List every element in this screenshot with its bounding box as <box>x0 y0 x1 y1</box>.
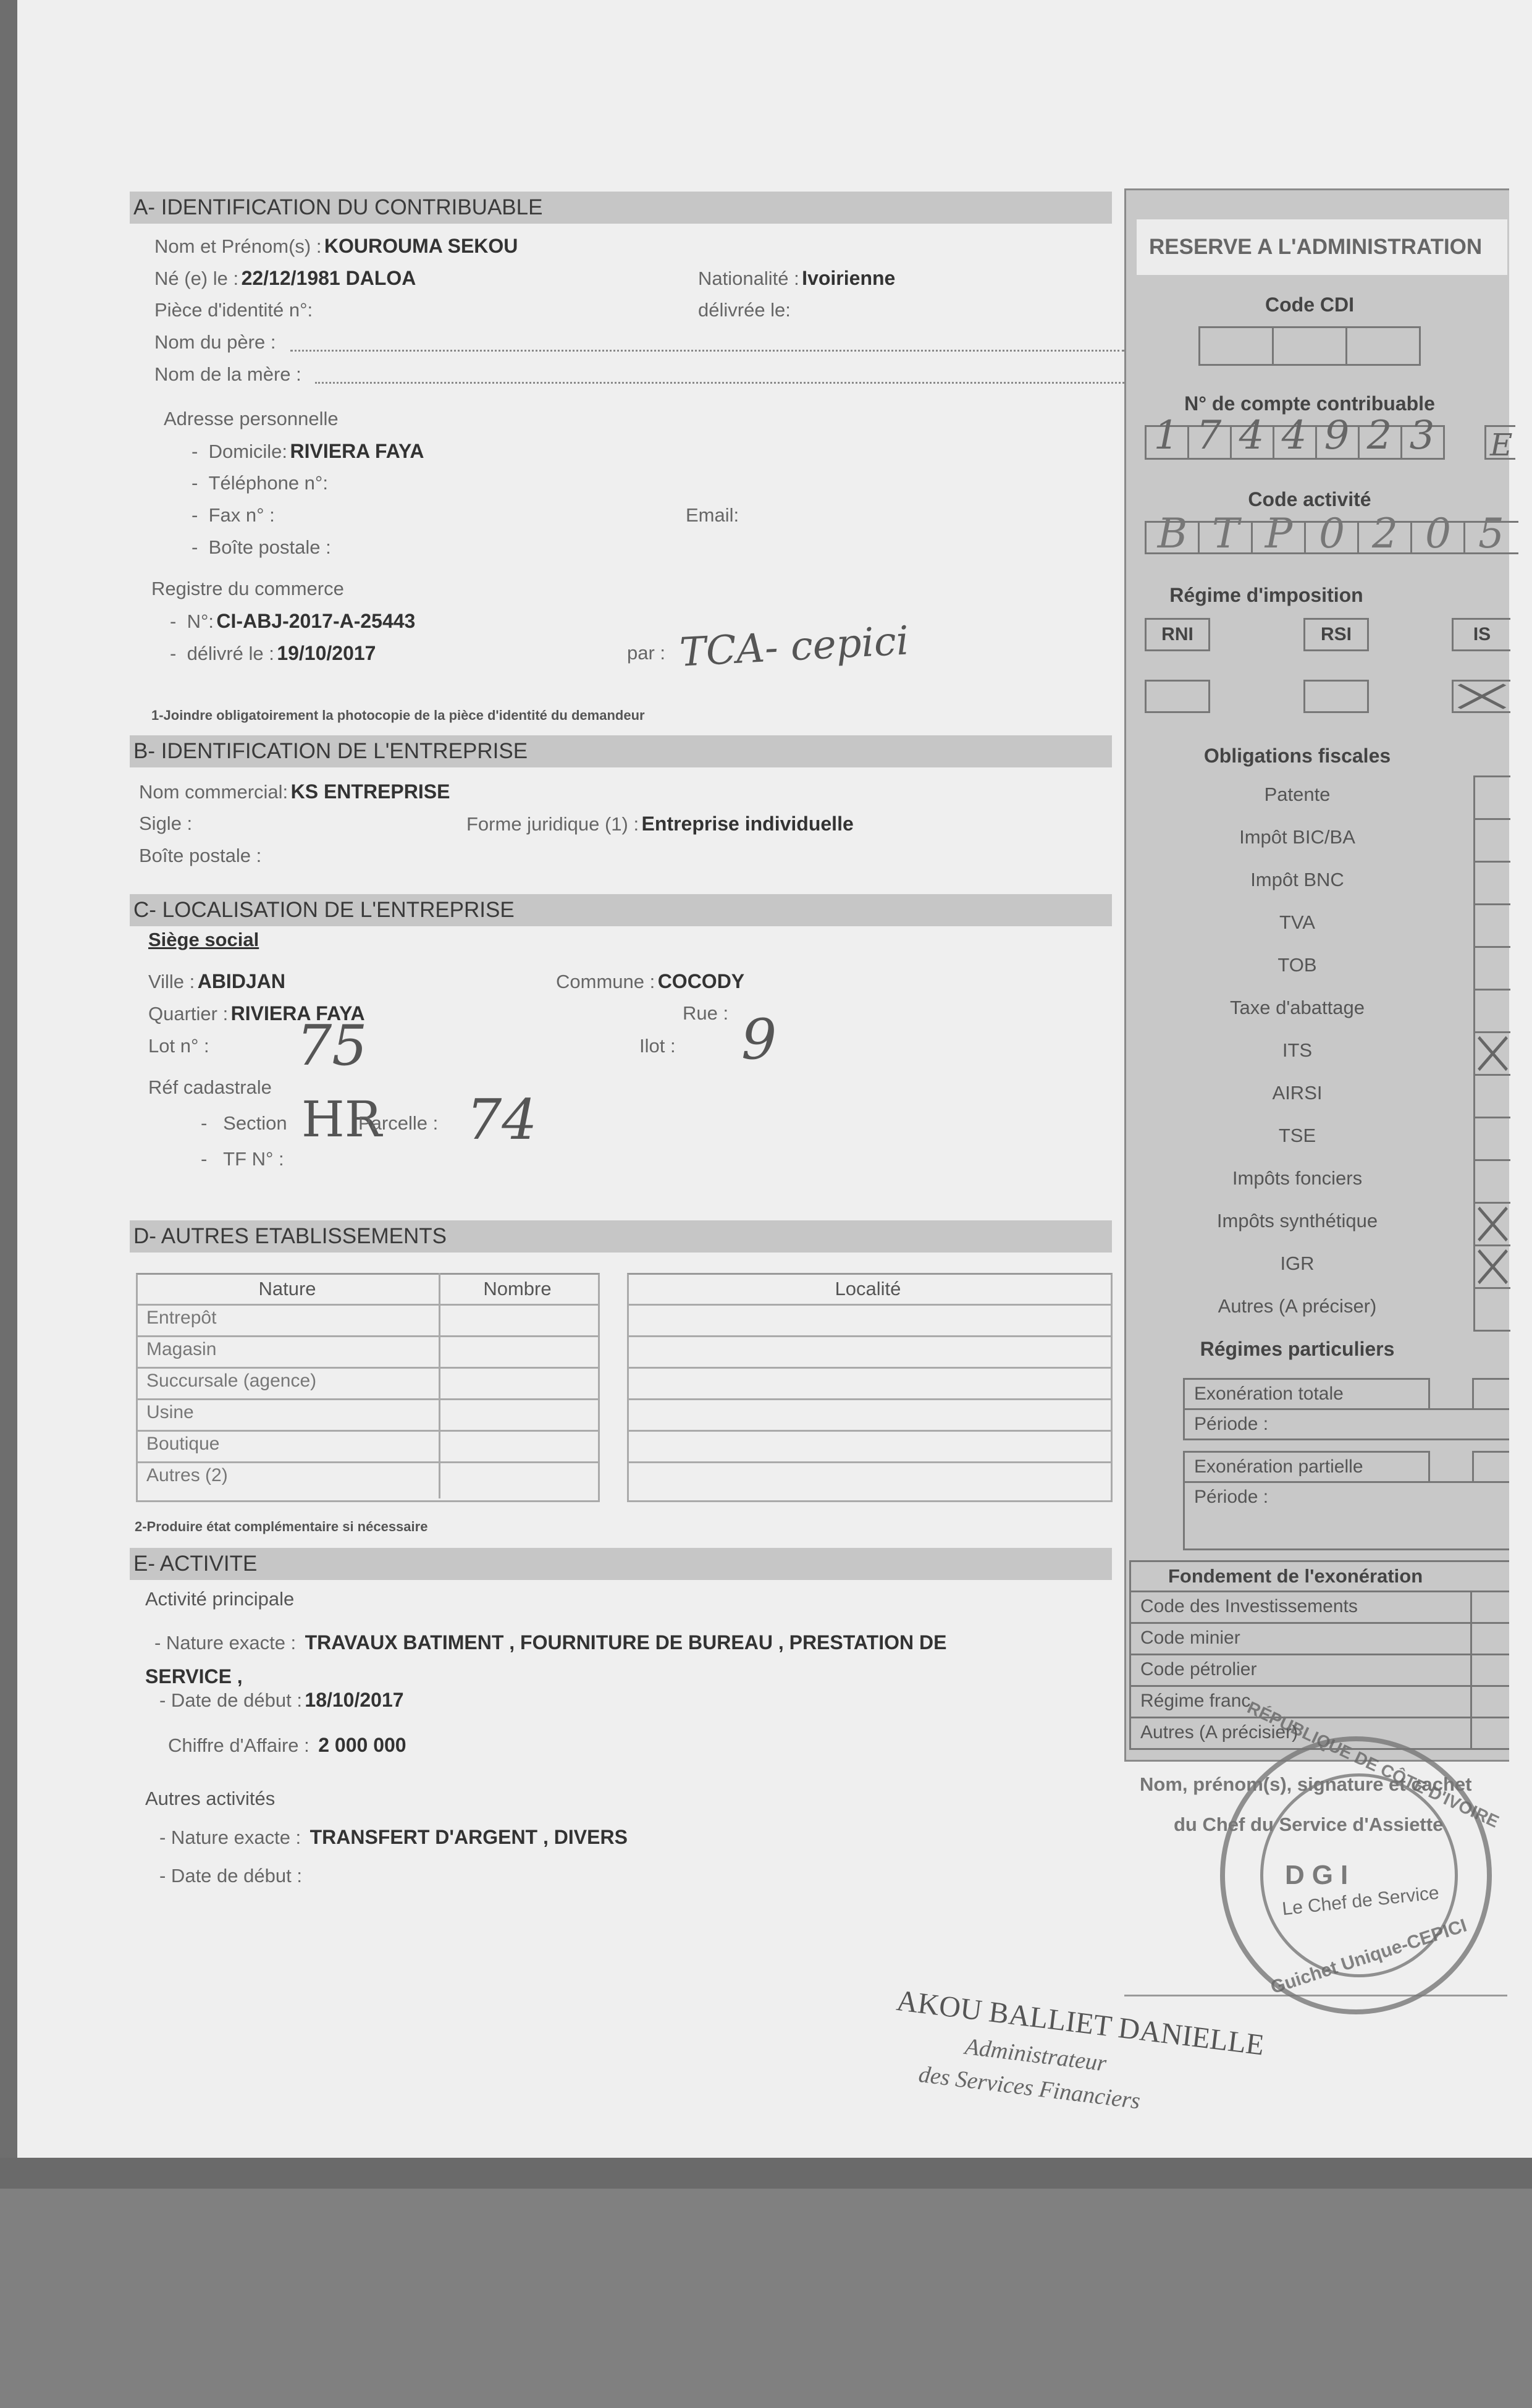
ne-value: 22/12/1981 DALOA <box>242 267 416 289</box>
obligation-checkbox[interactable] <box>1473 1244 1510 1289</box>
parcelle-label: Parcelle : <box>358 1112 438 1134</box>
obligation-label: TVA <box>1161 911 1433 934</box>
commune-field: Commune : COCODY <box>556 970 744 993</box>
autres-nature-value: TRANSFERT D'ARGENT , DIVERS <box>310 1826 628 1848</box>
table-row-nature: Entrepôt <box>146 1308 216 1329</box>
code-cdi-box-2[interactable] <box>1272 326 1347 366</box>
fondement-row: Code pétrolier <box>1129 1654 1472 1687</box>
ca-value: 2 000 000 <box>318 1734 406 1756</box>
autres-nature-label: - Nature exacte : <box>159 1827 301 1848</box>
regime-checkbox-rni[interactable] <box>1145 680 1210 713</box>
obligation-checkbox[interactable] <box>1473 1202 1510 1246</box>
fondement-checkbox[interactable] <box>1470 1591 1509 1624</box>
obligation-checkbox[interactable] <box>1473 818 1510 863</box>
activite-char-handwritten: B <box>1148 510 1197 557</box>
footnote-1: 1-Joindre obligatoirement la photocopie … <box>151 708 645 724</box>
table-cell-nombre[interactable] <box>440 1337 596 1367</box>
nom-commercial-label: Nom commercial: <box>139 781 288 803</box>
compte-digit-handwritten: 3 <box>1404 413 1441 458</box>
nationalite-field: Nationalité : Ivoirienne <box>698 267 895 290</box>
code-cdi-box-3[interactable] <box>1345 326 1421 366</box>
section-label: Section <box>223 1112 287 1134</box>
table-cell-nombre[interactable] <box>440 1432 596 1461</box>
tf-label: TF N° : <box>223 1148 284 1170</box>
exo-totale-label: Exonération totale <box>1194 1384 1344 1404</box>
obligation-label: IGR <box>1161 1253 1433 1275</box>
ilot-handwritten: 9 <box>741 1007 777 1072</box>
section-b-header: B- IDENTIFICATION DE L'ENTREPRISE <box>130 735 1112 767</box>
header-nature: Nature <box>136 1278 439 1300</box>
exo-totale-checkbox[interactable] <box>1472 1378 1509 1410</box>
telephone-field: - Téléphone n°: <box>192 472 328 494</box>
obligation-checkbox[interactable] <box>1473 1287 1510 1332</box>
table-row-nature: Usine <box>146 1402 194 1423</box>
siege-label: Siège social <box>148 929 259 951</box>
nature-value-line2: SERVICE , <box>145 1665 243 1688</box>
fondement-row: Code des Investissements <box>1129 1591 1472 1624</box>
rc-number-field: - N°: CI-ABJ-2017-A-25443 <box>170 610 415 633</box>
piece-label: Pièce d'identité n°: <box>154 299 313 321</box>
obligation-checkbox[interactable] <box>1473 903 1510 948</box>
ca-label: Chiffre d'Affaire : <box>168 1734 309 1756</box>
activite-char-handwritten: 0 <box>1307 510 1357 557</box>
rc-no-label: N°: <box>187 610 214 632</box>
compte-digit-handwritten: 1 <box>1148 413 1185 458</box>
header-nombre: Nombre <box>439 1278 596 1300</box>
section-field: - Section <box>201 1112 287 1134</box>
autres-activites-label: Autres activités <box>145 1788 275 1810</box>
ne-label: Né (e) le : <box>154 268 238 289</box>
regime-label: Régime d'imposition <box>1137 584 1396 607</box>
domicile-value: RIVIERA FAYA <box>290 440 424 462</box>
obligation-checkbox[interactable] <box>1473 989 1510 1033</box>
pere-dotted-line <box>290 350 1124 352</box>
ville-label: Ville : <box>148 971 195 992</box>
fax-label: Fax n° : <box>209 504 275 526</box>
regime-checkbox-is[interactable] <box>1452 680 1510 713</box>
regime-label-rni: RNI <box>1145 618 1210 651</box>
regime-label-rsi: RSI <box>1303 618 1369 651</box>
quartier-label: Quartier : <box>148 1003 228 1024</box>
section-e-header: E- ACTIVITE <box>130 1548 1112 1580</box>
rc-delivre-value: 19/10/2017 <box>277 642 376 664</box>
compte-label: N° de compte contribuable <box>1137 392 1483 415</box>
registre-label: Registre du commerce <box>151 578 344 600</box>
date-debut-field: - Date de début : 18/10/2017 <box>159 1689 404 1712</box>
ilot-label: Ilot : <box>639 1035 676 1057</box>
activite-char-handwritten: 0 <box>1413 510 1463 557</box>
compte-digit-handwritten: 7 <box>1190 413 1227 458</box>
regimes-particuliers-label: Régimes particuliers <box>1161 1338 1433 1361</box>
nature-principale-field: - Nature exacte : TRAVAUX BATIMENT , FOU… <box>154 1631 946 1654</box>
obligation-checkbox[interactable] <box>1473 861 1510 905</box>
fondement-checkbox[interactable] <box>1470 1622 1509 1655</box>
exo-totale-periode: Période : <box>1183 1408 1509 1440</box>
obligation-label: Impôts fonciers <box>1161 1167 1433 1189</box>
nom-value: KOUROUMA SEKOU <box>324 235 518 257</box>
sigle-label: Sigle : <box>139 813 192 835</box>
exo-partielle-checkbox[interactable] <box>1472 1451 1509 1483</box>
obligation-label: ITS <box>1161 1039 1433 1062</box>
commune-value: COCODY <box>658 970 744 992</box>
nom-commercial-value: KS ENTREPRISE <box>291 780 450 803</box>
rc-delivre-label: délivré le : <box>187 643 274 664</box>
table-cell-nombre[interactable] <box>440 1463 596 1493</box>
fax-field: - Fax n° : <box>192 504 275 526</box>
table-cell-nombre[interactable] <box>440 1369 596 1398</box>
obligation-label: TOB <box>1161 954 1433 976</box>
fondement-header: Fondement de l'exonération <box>1129 1560 1509 1592</box>
obligation-label: Autres (A préciser) <box>1161 1295 1433 1317</box>
lot-handwritten: 75 <box>297 1013 368 1078</box>
obligation-checkbox[interactable] <box>1473 1159 1510 1204</box>
table-cell-nombre[interactable] <box>440 1400 596 1430</box>
commune-label: Commune : <box>556 971 655 992</box>
footnote-2: 2-Produire état complémentaire si nécess… <box>135 1519 427 1535</box>
activite-char-handwritten: P <box>1254 510 1303 557</box>
fondement-row: Code minier <box>1129 1622 1472 1655</box>
exo-partielle-label: Exonération partielle <box>1194 1456 1363 1477</box>
parcelle-handwritten: 74 <box>466 1088 537 1152</box>
autres-date-label: - Date de début : <box>159 1865 302 1887</box>
date-value: 18/10/2017 <box>305 1689 403 1711</box>
compte-extra-box[interactable]: E <box>1484 425 1515 460</box>
header-localite: Localité <box>627 1278 1109 1300</box>
compte-digit-handwritten: 9 <box>1318 413 1355 458</box>
telephone-label: Téléphone n°: <box>209 472 328 494</box>
rc-delivre-field: - délivré le : 19/10/2017 <box>170 642 376 665</box>
section-d-header: D- AUTRES ETABLISSEMENTS <box>130 1220 1112 1253</box>
exo-partielle-box: Exonération partielle <box>1183 1451 1430 1483</box>
obligation-checkbox[interactable] <box>1473 946 1510 991</box>
regime-checkbox-rsi[interactable] <box>1303 680 1369 713</box>
par-label: par : <box>627 642 665 664</box>
activite-char-handwritten: T <box>1201 510 1250 557</box>
obligation-checkbox[interactable] <box>1473 1031 1510 1076</box>
obligation-label: TSE <box>1161 1125 1433 1147</box>
fondement-row: Autres (A précisier) <box>1129 1717 1472 1750</box>
mere-dotted-line <box>315 382 1124 384</box>
table-row-nature: Boutique <box>146 1434 219 1455</box>
exo-totale-box: Exonération totale <box>1183 1378 1430 1410</box>
stamp-dgi: DGI <box>1285 1860 1355 1891</box>
fondement-row: Régime franc <box>1129 1685 1472 1718</box>
nationalite-label: Nationalité : <box>698 268 799 289</box>
section-c-header: C- LOCALISATION DE L'ENTREPRISE <box>130 894 1112 926</box>
scan-left-edge <box>0 0 17 2158</box>
lot-label: Lot n° : <box>148 1035 209 1057</box>
table-cell-localite[interactable] <box>629 1463 1109 1493</box>
autres-nature-field: - Nature exacte : TRANSFERT D'ARGENT , D… <box>159 1826 628 1849</box>
rc-no-value: CI-ABJ-2017-A-25443 <box>216 610 415 632</box>
nom-commercial-field: Nom commercial: KS ENTREPRISE <box>139 780 450 803</box>
obligations-label: Obligations fiscales <box>1161 745 1433 767</box>
ville-field: Ville : ABIDJAN <box>148 970 285 993</box>
activite-char-handwritten: 5 <box>1467 510 1516 557</box>
fondement-label: Fondement de l'exonération <box>1168 1565 1423 1587</box>
nature-value-line1: TRAVAUX BATIMENT , FOURNITURE DE BUREAU … <box>305 1631 947 1654</box>
tf-field: - TF N° : <box>201 1148 284 1170</box>
nature-label: - Nature exacte : <box>154 1632 296 1654</box>
code-cdi-box-1[interactable] <box>1198 326 1274 366</box>
table-cell-localite[interactable] <box>629 1369 1109 1398</box>
obligation-label: Taxe d'abattage <box>1161 997 1433 1019</box>
obligation-label: Impôt BNC <box>1161 869 1433 891</box>
code-cdi-label: Code CDI <box>1137 294 1483 316</box>
compte-digit-handwritten: 4 <box>1233 413 1270 458</box>
obligation-label: Impôt BIC/BA <box>1161 826 1433 848</box>
fondement-checkbox[interactable] <box>1470 1685 1509 1718</box>
ref-cadastrale-label: Réf cadastrale <box>148 1076 272 1099</box>
naissance-field: Né (e) le : 22/12/1981 DALOA <box>154 267 416 290</box>
email-label: Email: <box>686 504 739 526</box>
table-cell-localite[interactable] <box>629 1337 1109 1367</box>
table-cell-localite[interactable] <box>629 1432 1109 1461</box>
obligation-checkbox[interactable] <box>1473 775 1510 820</box>
compte-digit-handwritten: 2 <box>1361 413 1398 458</box>
forme-value: Entreprise individuelle <box>642 813 854 835</box>
rue-label: Rue : <box>683 1002 728 1024</box>
bp-label: Boîte postale : <box>209 536 331 558</box>
table-row-nature: Autres (2) <box>146 1465 228 1486</box>
pere-label: Nom du père : <box>154 331 276 353</box>
ville-value: ABIDJAN <box>198 970 285 992</box>
obligation-checkbox[interactable] <box>1473 1117 1510 1161</box>
fondement-checkbox[interactable] <box>1470 1654 1509 1687</box>
obligation-label: Impôts synthétique <box>1161 1210 1433 1232</box>
table-cell-localite[interactable] <box>629 1400 1109 1430</box>
mere-label: Nom de la mère : <box>154 363 301 386</box>
table-cell-nombre[interactable] <box>440 1306 596 1335</box>
obligation-label: AIRSI <box>1161 1082 1433 1104</box>
adresse-label: Adresse personnelle <box>164 408 339 430</box>
obligation-checkbox[interactable] <box>1473 1074 1510 1118</box>
exo-partielle-periode: Période : <box>1183 1481 1509 1550</box>
periode-label: Période : <box>1194 1414 1268 1434</box>
table-cell-localite[interactable] <box>629 1306 1109 1335</box>
domicile-field: - Domicile: RIVIERA FAYA <box>192 440 424 463</box>
obligation-label: Patente <box>1161 784 1433 806</box>
nom-label: Nom et Prénom(s) : <box>154 235 321 257</box>
regime-label-is: IS <box>1452 618 1510 651</box>
scan-bottom-shadow <box>0 2158 1532 2189</box>
chiffre-affaire-field: Chiffre d'Affaire : 2 000 000 <box>168 1734 406 1757</box>
date-label: - Date de début : <box>159 1689 302 1711</box>
activite-principale-label: Activité principale <box>145 1588 294 1610</box>
table-row-nature: Magasin <box>146 1339 216 1360</box>
nom-field: Nom et Prénom(s) : KOUROUMA SEKOU <box>154 235 518 258</box>
table-row-nature: Succursale (agence) <box>146 1371 316 1392</box>
domicile-label: Domicile: <box>209 441 287 462</box>
periode2-label: Période : <box>1194 1487 1268 1507</box>
section-a-header: A- IDENTIFICATION DU CONTRIBUABLE <box>130 192 1112 224</box>
admin-title: RESERVE A L'ADMINISTRATION <box>1137 219 1507 275</box>
delivree-label: délivrée le: <box>698 299 791 321</box>
code-activite-label: Code activité <box>1137 488 1483 511</box>
fondement-checkbox[interactable] <box>1470 1717 1509 1750</box>
forme-label: Forme juridique (1) : <box>466 813 639 835</box>
b-bp-label: Boîte postale : <box>139 845 261 867</box>
compte-digit-handwritten: 4 <box>1276 413 1313 458</box>
activite-char-handwritten: 2 <box>1360 510 1410 557</box>
bp-field: - Boîte postale : <box>192 536 331 559</box>
nationalite-value: Ivoirienne <box>802 267 895 289</box>
forme-field: Forme juridique (1) : Entreprise individ… <box>466 813 854 835</box>
